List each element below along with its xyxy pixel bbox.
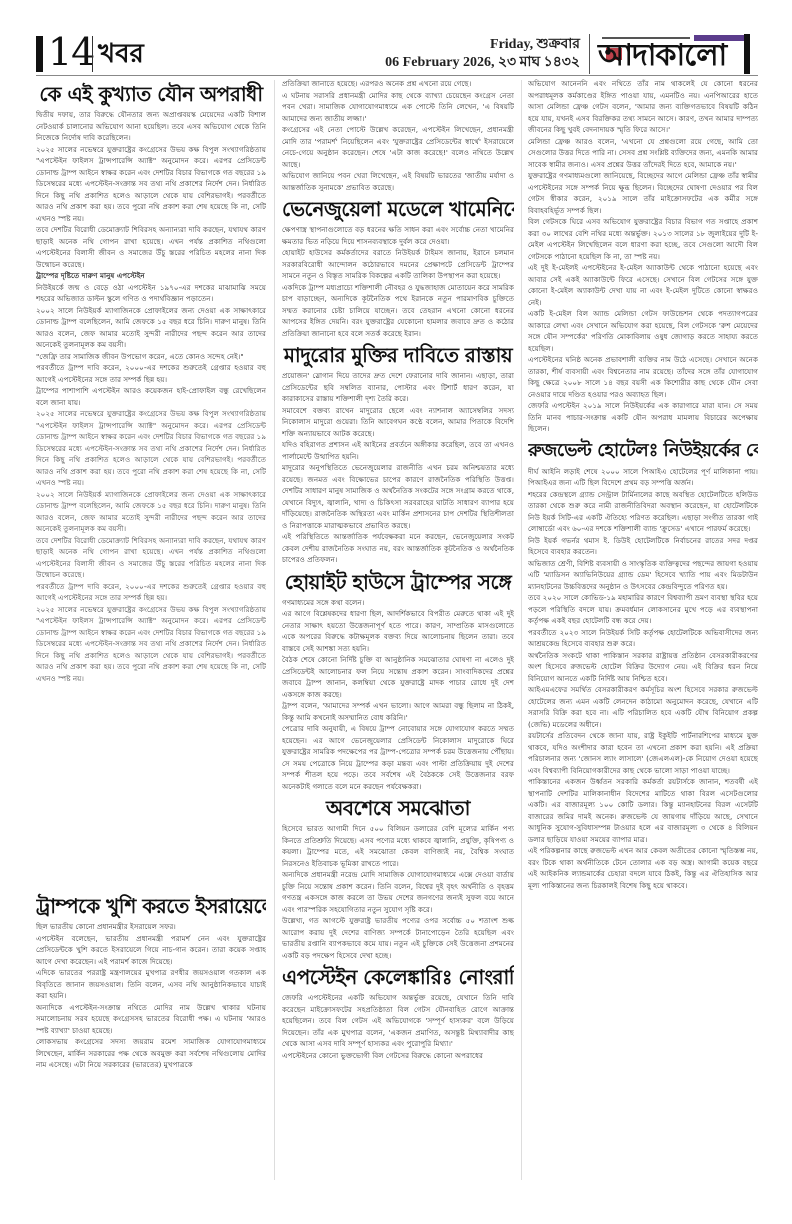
article-white-house: হোয়াইট হাউসে ট্রাম্পের সঙ্গে গণমাধ্যমের…	[282, 568, 514, 793]
paragraph: হিসেবে ভারত আগামী দিনে ৫০০ বিলিয়ন ডলারে…	[282, 823, 514, 869]
paragraph: পেত্রোর দাবি অনুযায়ী, এ বিষয়ে ট্রাম্প …	[282, 723, 514, 792]
paragraph: তবে দেশটির বিরোধী ডেমোক্র্যাট শিবিরসহ অন…	[36, 535, 266, 581]
paragraph: যুক্তরাষ্ট্রের গণমাধ্যমগুলো জানিয়েছে, ব…	[528, 170, 758, 216]
paragraph: অন্যদিকে এপস্টেইন-সংক্রান্ত নথিতে মোদির …	[36, 1002, 266, 1037]
paragraph: জেফরি এপস্টেইনের একটি অভিযোগ অন্তর্ভুক্ত…	[282, 992, 514, 1050]
column-1: কে এই কুখ্যাত যৌন অপরাধী দ্বিতীয় দফায়,…	[36, 78, 266, 1188]
date-full: 06 February 2026, ২৩ মাঘ ১৪৩২	[385, 54, 580, 72]
paragraph: একদিকে ট্রাম্প মধ্যপ্রাচ্যে শক্তিশালী নৌ…	[282, 282, 514, 340]
paragraph: গণমাধ্যমের সঙ্গে কথা বলেন।	[282, 597, 514, 609]
article-epstein-scandal: এপস্টেইন কেলেঙ্কারিঃ নোংরামি জেফরি এপস্ট…	[282, 963, 514, 1061]
paragraph: কংগ্রেসের এই নেতা পোস্টে উল্লেখ করেছেন, …	[282, 124, 514, 170]
paragraph: এপস্টেইনের কোনো ভুক্তভোগী বিল গেটসের বির…	[282, 1050, 514, 1062]
masthead: 14 খবর Friday, শুক্রবার 06 February 2026…	[36, 34, 758, 74]
paragraph: ২০০২ সালে নিউইয়র্ক ম্যাগাজিনকে প্রোফাইল…	[36, 305, 266, 351]
article-venezuela: ভেনেজুয়েলা মডেলে খামেনিকে ক্ষেপণাস্ত্র …	[282, 195, 514, 339]
paragraph: একটি ই-মেইল বিল অ্যান্ড মেলিন্ডা গেটস ফা…	[528, 308, 758, 354]
paragraph: সমাবেশে বক্তব্য রাখেন মাদুরোর ছেলে এবং ন…	[282, 405, 514, 440]
paragraph: লোকসভায় কংগ্রেসের সদস্য জয়রাম রমেশ সাম…	[36, 1036, 266, 1071]
section-name: খবর	[98, 38, 144, 70]
paragraph: এপস্টেইনের ঘনিষ্ঠ অনেক প্রভাবশালী ব্যক্ত…	[528, 354, 758, 400]
section-divider	[92, 36, 93, 72]
article-israel: ট্রাম্পকে খুশি করতে ইসরায়েলে ছিল ভারতীয…	[36, 890, 266, 1071]
paragraph: নিউ ইয়র্ক গভর্নর থমাস ই. ডিউই হোটেলটিকে…	[528, 535, 758, 558]
paragraph: ছিল ভারতীয় কোনো প্রধানমন্ত্রীর ইসরায়েল…	[36, 921, 266, 933]
newspaper-logo: আদাকালো	[598, 34, 750, 74]
paragraph: এই দুই ই-মেইলই এপস্টেইনের ই-মেইল অ্যাকাউ…	[528, 262, 758, 308]
paragraph: "জেফ্রি তার সামাজিক জীবন উপভোগ করেন, এতে…	[36, 351, 266, 363]
paragraph: রয়টার্সের প্রতিবেদন থেকে জানা যায়, রাষ…	[528, 730, 758, 776]
paragraph: ২০২৫ সালের নভেম্বরে যুক্তরাষ্ট্রের কংগ্র…	[36, 144, 266, 225]
paragraph: এই পরিকল্পনার কাছে রুজভেল্ট এখন আর কেবল …	[528, 845, 758, 891]
paragraph: ট্রাম্পের পাশাপাশি এপস্টেইন আরও কয়েকজন …	[36, 385, 266, 408]
paragraph: এ ঘটনায় সরাসরি প্রধানমন্ত্রী মোদির কাছ …	[282, 90, 514, 125]
paragraph: মাদুরোর অনুপস্থিতিতে ভেনেজুয়েলার রাজনীত…	[282, 462, 514, 531]
column-divider	[274, 80, 275, 1180]
column-3: অভিযোগ আনেননি এবং নথিতে তাঁর নাম থাকলেই …	[528, 78, 758, 1188]
paragraph: আইএমএফের সমর্থিত বেসরকারীকরণ কর্মসূচির অ…	[528, 684, 758, 730]
paragraph: অভিযোগ আনেননি এবং নথিতে তাঁর নাম থাকলেই …	[528, 78, 758, 136]
paragraph: বৈঠক শেষে কোনো নির্দিষ্ট চুক্তি বা আনুষ্…	[282, 654, 514, 700]
column-divider	[521, 80, 522, 1180]
paragraph: এপস্টেইন বলেছেন, ভারতীয় প্রধানমন্ত্রী প…	[36, 933, 266, 968]
paragraph: এদিকে ভারতের পররাষ্ট্র মন্ত্রণালয়ের মুখ…	[36, 967, 266, 1002]
date-divider	[589, 34, 590, 74]
article-maduro: মাদুরোর মুক্তির দাবিতে রাস্তায় প্রয়োজন…	[282, 341, 514, 566]
paragraph: অভিযোগ জানিয়ে পবন খেরা লিখেছেন, এই বিষয…	[282, 170, 514, 193]
headline: হোয়াইট হাউসে ট্রাম্পের সঙ্গে	[282, 568, 514, 596]
date-block: Friday, শুক্রবার 06 February 2026, ২৩ মা…	[385, 36, 580, 72]
paragraph: বিল গেটসকে ঘিরে এসব অভিযোগ যুক্তরাষ্ট্রে…	[528, 216, 758, 262]
paragraph: এর আগে বিশ্লেষকদের ধারণা ছিল, আদর্শিকভাব…	[282, 608, 514, 654]
masthead-rule	[36, 75, 758, 76]
column-2: প্রতিক্রিয়া জানাতে হয়েছে। এরপরও অনেক প…	[282, 78, 514, 1188]
paragraph: ট্রাম্প বলেন, 'আমাদের সম্পর্ক এখন ভালো। …	[282, 700, 514, 723]
paragraph: শহরের কেন্দ্রস্থলে গ্র্যান্ড সেন্ট্রাল ট…	[528, 489, 758, 535]
page-marker-bar	[36, 36, 43, 72]
article-epstein-offender: কে এই কুখ্যাত যৌন অপরাধী দ্বিতীয় দফায়,…	[36, 80, 266, 684]
headline: রুজভেল্ট হোটেলঃ নিউইয়র্কের কেন্দ্রে	[528, 437, 758, 465]
paragraph: দীর্ঘ আইনি লড়াই শেষে ২০০০ সালে পিআইএ হো…	[528, 466, 758, 489]
paragraph: এই পরিস্থিতিতে আন্তর্জাতিক পর্যবেক্ষকরা …	[282, 531, 514, 566]
paragraph: উল্লেখ্য, গত আগস্টে যুক্তরাষ্ট্র ভারতীয়…	[282, 915, 514, 961]
paragraph: প্রয়োজন' স্লোগান দিয়ে তাদের দ্রুত দেশে…	[282, 370, 514, 405]
logo-bar	[744, 34, 750, 74]
headline: কে এই কুখ্যাত যৌন অপরাধী	[36, 80, 266, 108]
paragraph: অভিজাত শ্রেণী, বিশিষ্ট ব্যবসায়ী ও সাংস্…	[528, 558, 758, 593]
page-number: 14	[48, 32, 94, 72]
paragraph: তবে ২০২০ সালে কোভিড-১৯ মহামারির কারণে বি…	[528, 592, 758, 627]
paragraph: পরবর্তীতে ২০২৩ সালে নিউইয়র্ক সিটি কর্তৃ…	[528, 627, 758, 650]
paragraph: ২০০২ সালে নিউইয়র্ক ম্যাগাজিনকে প্রোফাইল…	[36, 489, 266, 535]
paragraph: ২০২৫ সালের নভেম্বরে যুক্তরাষ্ট্রের কংগ্র…	[36, 604, 266, 685]
paragraph: পাকিস্তানের একজন উর্ধ্বতন সরকারি কর্মকর্…	[528, 776, 758, 845]
subheading: ট্রাম্পের দৃষ্টিতে দারুণ মানুষ এপস্টেইন	[36, 270, 266, 282]
paragraph: যদিও বহিরাগত প্রশাসন এই আইনের প্রবর্তনে …	[282, 439, 514, 462]
paragraph: দ্বিতীয় দফায়, তার বিরুদ্ধে যৌনতার জন্য…	[36, 109, 266, 144]
continuation-text: অভিযোগ আনেননি এবং নথিতে তাঁর নাম থাকলেই …	[528, 78, 758, 435]
paragraph: নিউইয়র্কে জন্ম ও বেড়ে ওঠা এপস্টেইন ১৯৭…	[36, 282, 266, 305]
date-day: Friday, শুক্রবার	[385, 36, 580, 54]
paragraph: পরবর্তীতে ট্রাম্প দাবি করেন, ২০০০-এর দশক…	[36, 362, 266, 385]
paragraph: হোয়াইট হাউসের কর্মকর্তাদের বরাতে নিউইয়…	[282, 247, 514, 282]
paragraph: প্রতিক্রিয়া জানাতে হয়েছে। এরপরও অনেক প…	[282, 78, 514, 90]
article-roosevelt: রুজভেল্ট হোটেলঃ নিউইয়র্কের কেন্দ্রে দীর…	[528, 437, 758, 892]
paragraph: ২০২৫ সালের নভেম্বরে যুক্তরাষ্ট্রের কংগ্র…	[36, 408, 266, 489]
headline: অবশেষে সমঝোতা	[282, 794, 514, 822]
headline: মাদুরোর মুক্তির দাবিতে রাস্তায়	[282, 341, 514, 369]
headline: ভেনেজুয়েলা মডেলে খামেনিকে	[282, 195, 514, 223]
paragraph: তবে দেশটির বিরোধী ডেমোক্র্যাট শিবিরসহ অন…	[36, 224, 266, 270]
headline: ট্রাম্পকে খুশি করতে ইসরায়েলে	[36, 892, 266, 920]
continuation-text: প্রতিক্রিয়া জানাতে হয়েছে। এরপরও অনেক প…	[282, 78, 514, 193]
paragraph: জেফরি এপস্টেইন ২০১৯ সালে নিউইয়র্কের এক …	[528, 400, 758, 435]
paragraph: অর্থনৈতিক সংকটে থাকা পাকিস্তান সরকার রাষ…	[528, 650, 758, 685]
logo-text: আদাকালো	[598, 38, 726, 74]
paragraph: ক্ষেপণাস্ত্র স্থাপনাগুলোতে বড় ধরনের ক্ষ…	[282, 224, 514, 247]
article-agreement: অবশেষে সমঝোতা হিসেবে ভারত আগামী দিনে ৫০০…	[282, 794, 514, 961]
paragraph: মেলিন্ডা ফ্রেঞ্চ আরও বলেন, 'এখনো যে প্রশ…	[528, 136, 758, 171]
paragraph: অন্যদিকে প্রধানমন্ত্রী নরেন্দ্র মোদি সাম…	[282, 869, 514, 915]
paragraph: পরবর্তীতে ট্রাম্প দাবি করেন, ২০০০-এর দশক…	[36, 581, 266, 604]
headline: এপস্টেইন কেলেঙ্কারিঃ নোংরামি	[282, 963, 514, 991]
